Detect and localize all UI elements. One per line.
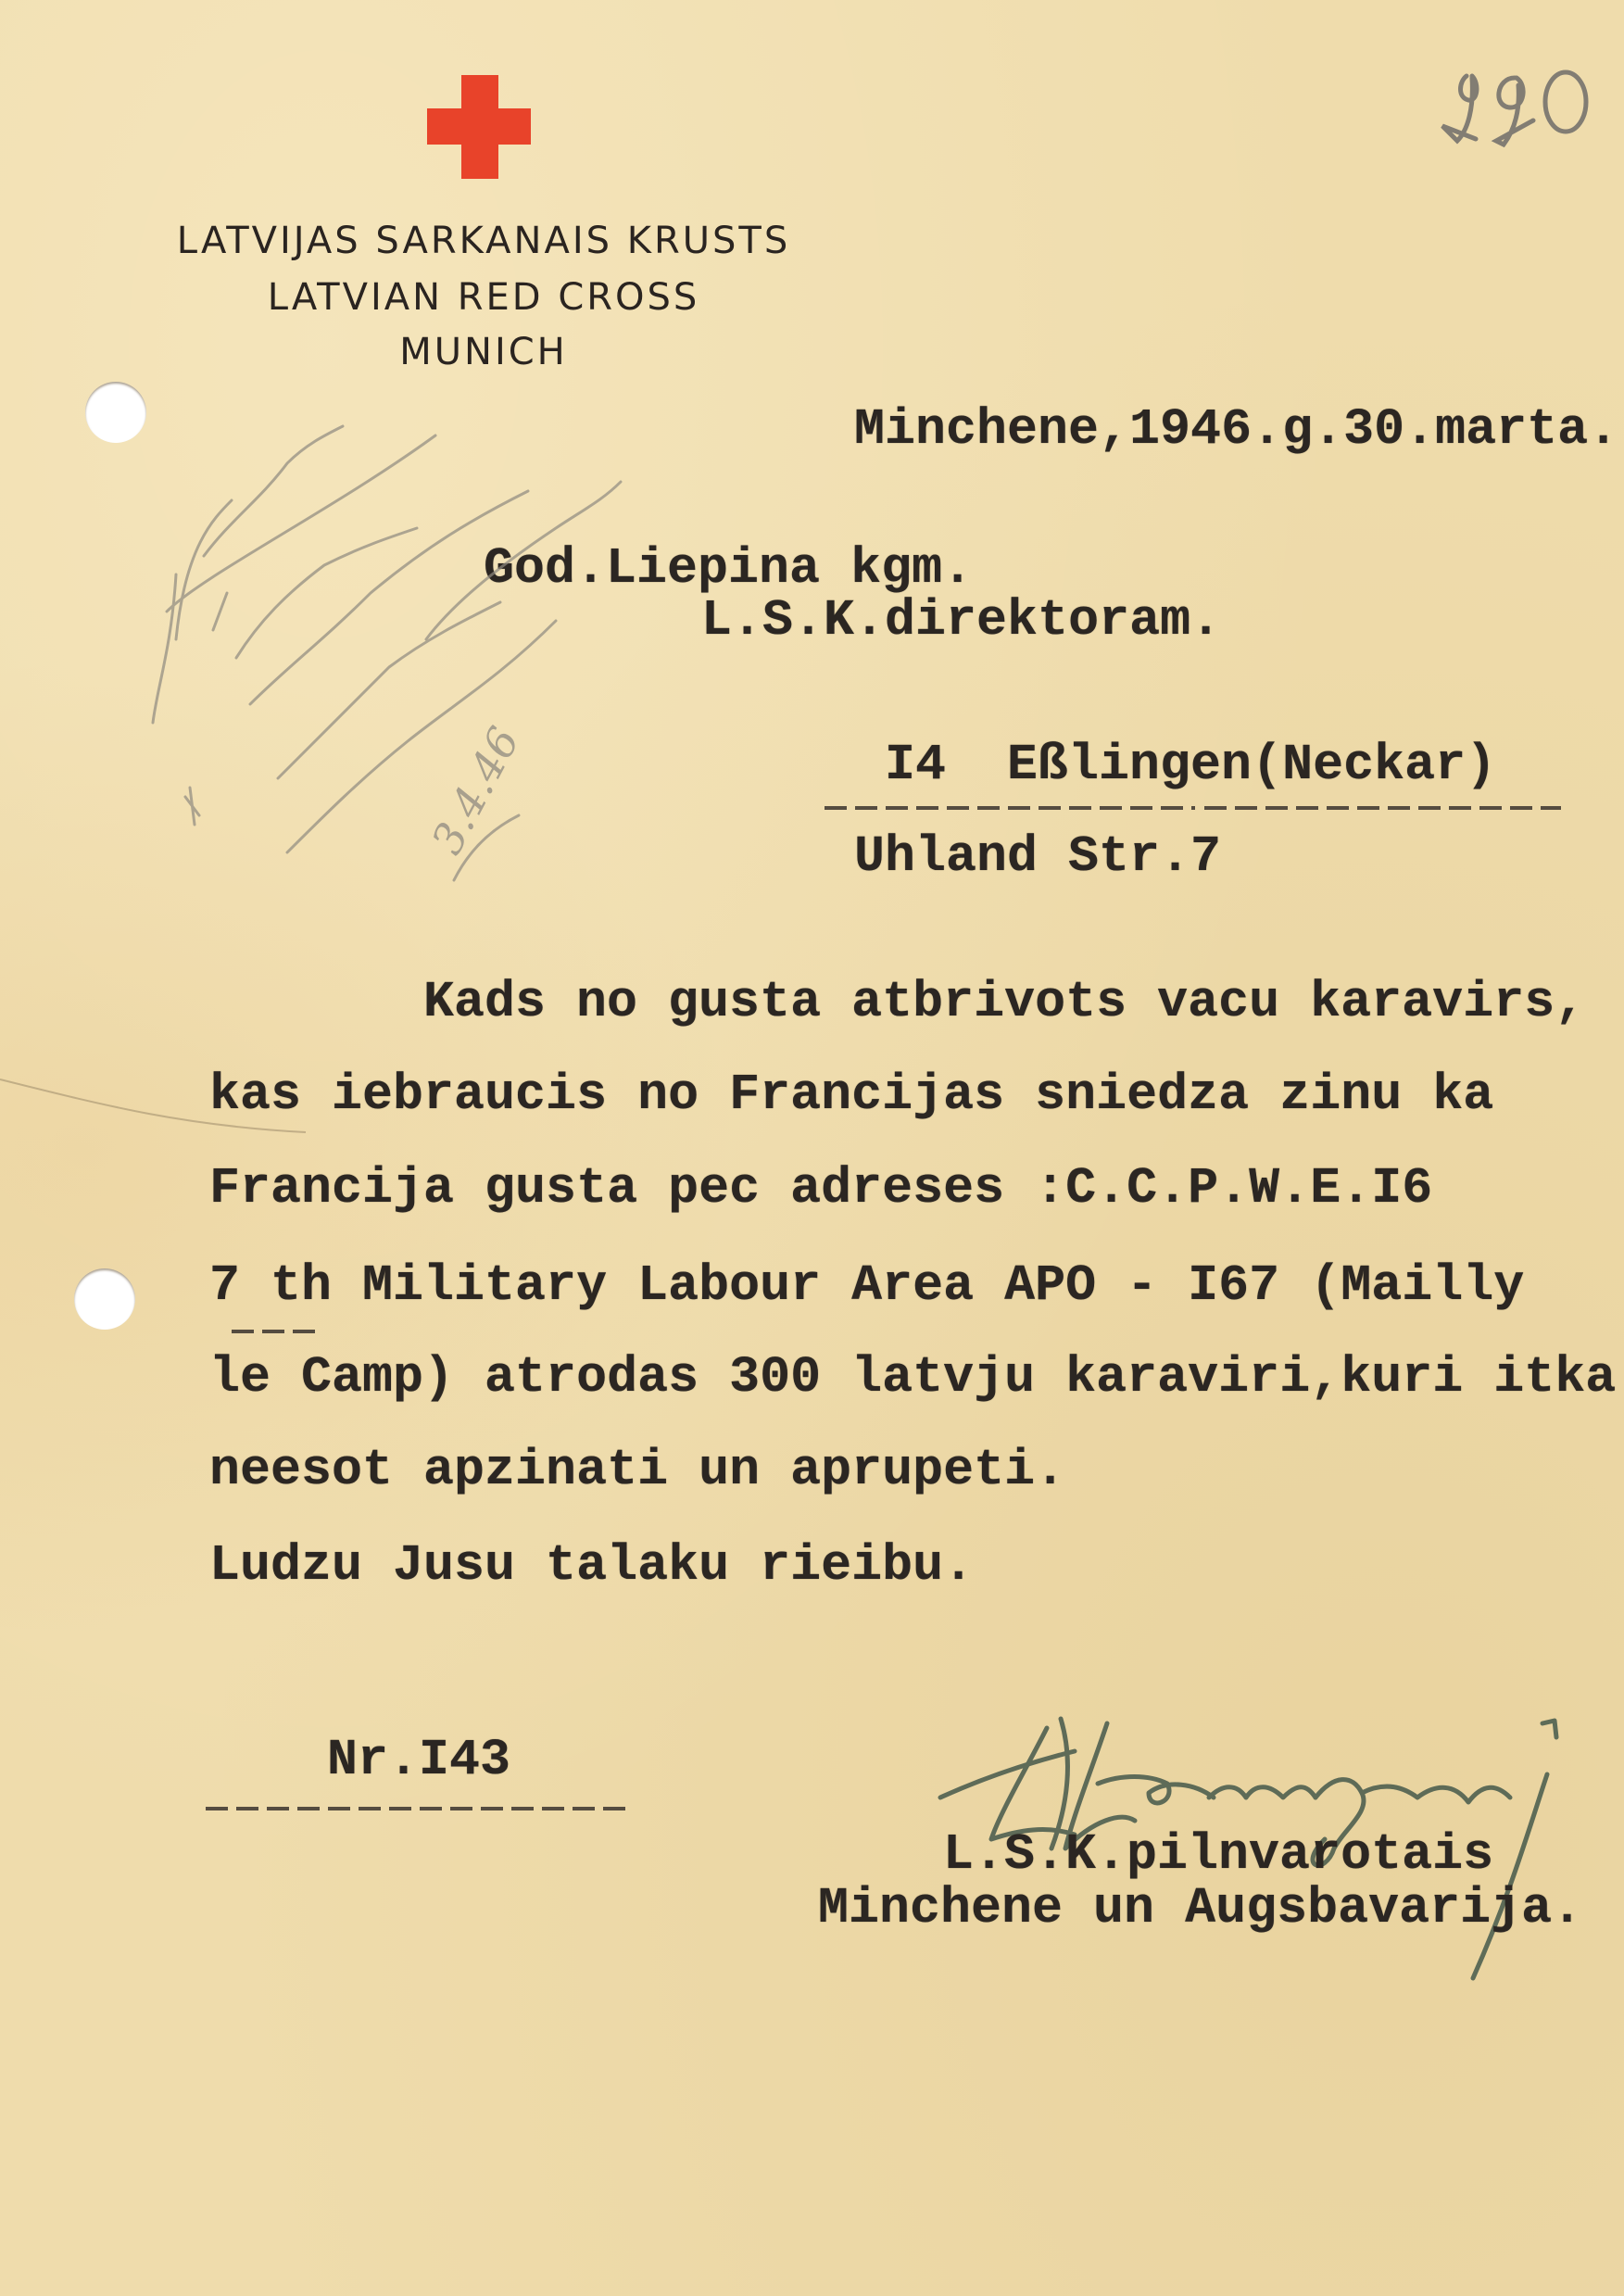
body-line-1: Kads no gusta atbrivots vacu karavirs, bbox=[423, 977, 1585, 1028]
body-line-5: le Camp) atrodas 300 latvju karaviri,kur… bbox=[209, 1352, 1616, 1403]
reference-dash-rule bbox=[206, 1807, 632, 1810]
letterhead-org-latvian: LATVIJAS SARKANAIS KRUSTS bbox=[0, 222, 967, 259]
body-line-7: Ludzu Jusu talaku rieibu. bbox=[209, 1540, 974, 1591]
reference-number: Nr.I43 bbox=[327, 1735, 510, 1785]
body-line-4: 7 th Military Labour Area APO - I67 (Mai… bbox=[209, 1260, 1524, 1311]
recipient-address-street: Uhland Str.7 bbox=[854, 831, 1221, 882]
pencil-annotation bbox=[148, 408, 908, 964]
underline-th bbox=[232, 1330, 320, 1333]
page-number-handwritten bbox=[1431, 65, 1598, 158]
signatory-region: Minchene un Augsbavarija. bbox=[818, 1883, 1582, 1934]
body-line-6: neesot apzinati un aprupeti. bbox=[209, 1444, 1065, 1495]
body-line-3: Francija gusta pec adreses :C.C.P.W.E.I6 bbox=[209, 1163, 1432, 1214]
letterhead-org-english: LATVIAN RED CROSS bbox=[0, 279, 967, 316]
signatory-title: L.S.K.pilnvarotais bbox=[943, 1829, 1493, 1880]
recipient-address-city: I4 Eßlingen(Neckar) bbox=[885, 739, 1496, 790]
red-cross-icon bbox=[427, 75, 531, 179]
body-line-2: kas iebraucis no Francijas sniedza zinu … bbox=[209, 1069, 1493, 1120]
letterhead-city: MUNICH bbox=[0, 334, 967, 371]
date-line: Minchene,1946.g.30.marta. bbox=[854, 404, 1618, 455]
address-dash-rule-right bbox=[1204, 806, 1561, 810]
